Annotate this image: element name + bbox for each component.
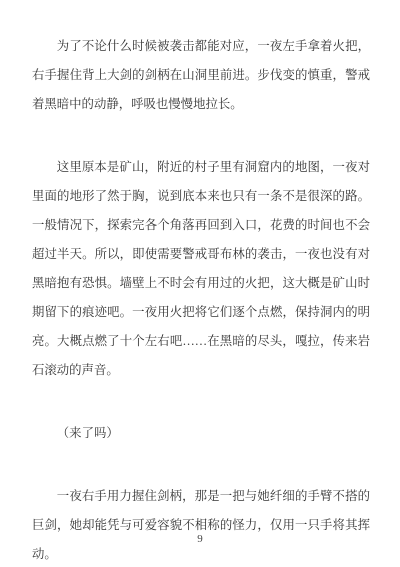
paragraph: 为了不论什么时候被袭击都能对应，一夜左手拿着火把，右手握住背上大剑的剑柄在山洞里… [32,32,370,119]
page-body: 为了不论什么时候被袭击都能对应，一夜左手拿着火把，右手握住背上大剑的剑柄在山洞里… [32,32,370,567]
paragraph: 这里原本是矿山，附近的村子里有洞窟内的地图，一夜对里面的地形了然于胸，说到底本来… [32,153,370,385]
paragraph: 一夜右手用力握住剑柄，那是一把与她纤细的手臂不搭的巨剑，她却能凭与可爱容貌不相称… [32,482,370,567]
document-page: 为了不论什么时候被袭击都能对应，一夜左手拿着火把，右手握住背上大剑的剑柄在山洞里… [0,0,400,567]
page-number: 9 [0,532,400,547]
paragraph-thought: （来了吗） [32,419,370,448]
